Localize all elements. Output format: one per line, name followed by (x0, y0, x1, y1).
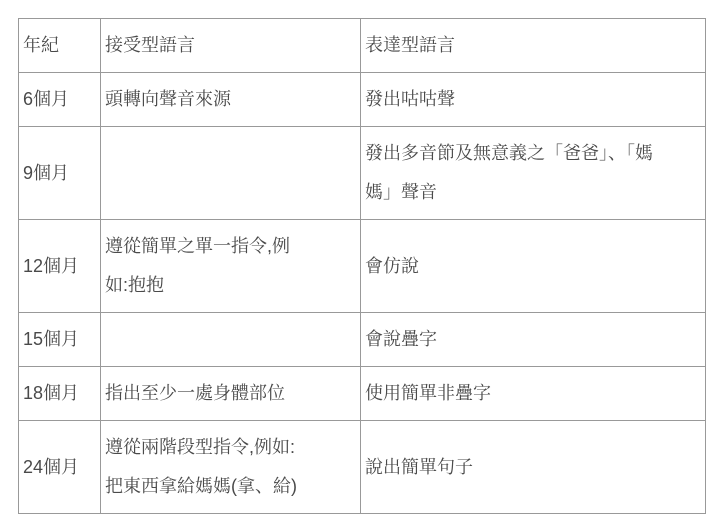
age-cell: 18個月 (19, 367, 101, 421)
page: 年紀 接受型語言 表達型語言 6個月 頭轉向聲音來源 發出咕咕聲 9個月 發出多… (0, 0, 724, 521)
expressive-cell: 會仿說 (361, 220, 706, 313)
receptive-cell: 遵從簡單之單一指令,例 如:抱抱 (101, 220, 361, 313)
receptive-cell: 指出至少一處身體部位 (101, 367, 361, 421)
table-row-15-months: 15個月 會說疊字 (19, 313, 706, 367)
expressive-cell: 發出咕咕聲 (361, 73, 706, 127)
expressive-cell: 使用簡單非疊字 (361, 367, 706, 421)
receptive-cell: 頭轉向聲音來源 (101, 73, 361, 127)
table-row-9-months: 9個月 發出多音節及無意義之「爸爸」、「媽 媽」聲音 (19, 127, 706, 220)
receptive-cell (101, 127, 361, 220)
expressive-cell: 說出簡單句子 (361, 421, 706, 514)
table-row-24-months: 24個月 遵從兩階段型指令,例如: 把東西拿給媽媽(拿、給) 說出簡單句子 (19, 421, 706, 514)
age-cell: 12個月 (19, 220, 101, 313)
column-header-receptive-language: 接受型語言 (101, 19, 361, 73)
table-row-12-months: 12個月 遵從簡單之單一指令,例 如:抱抱 會仿說 (19, 220, 706, 313)
age-cell: 6個月 (19, 73, 101, 127)
expressive-cell: 發出多音節及無意義之「爸爸」、「媽 媽」聲音 (361, 127, 706, 220)
age-cell: 15個月 (19, 313, 101, 367)
table-row-6-months: 6個月 頭轉向聲音來源 發出咕咕聲 (19, 73, 706, 127)
age-cell: 9個月 (19, 127, 101, 220)
expressive-cell: 會說疊字 (361, 313, 706, 367)
receptive-cell (101, 313, 361, 367)
age-cell: 24個月 (19, 421, 101, 514)
language-development-table: 年紀 接受型語言 表達型語言 6個月 頭轉向聲音來源 發出咕咕聲 9個月 發出多… (18, 18, 706, 514)
receptive-cell: 遵從兩階段型指令,例如: 把東西拿給媽媽(拿、給) (101, 421, 361, 514)
column-header-expressive-language: 表達型語言 (361, 19, 706, 73)
table-row-18-months: 18個月 指出至少一處身體部位 使用簡單非疊字 (19, 367, 706, 421)
column-header-age: 年紀 (19, 19, 101, 73)
header-row: 年紀 接受型語言 表達型語言 (19, 19, 706, 73)
